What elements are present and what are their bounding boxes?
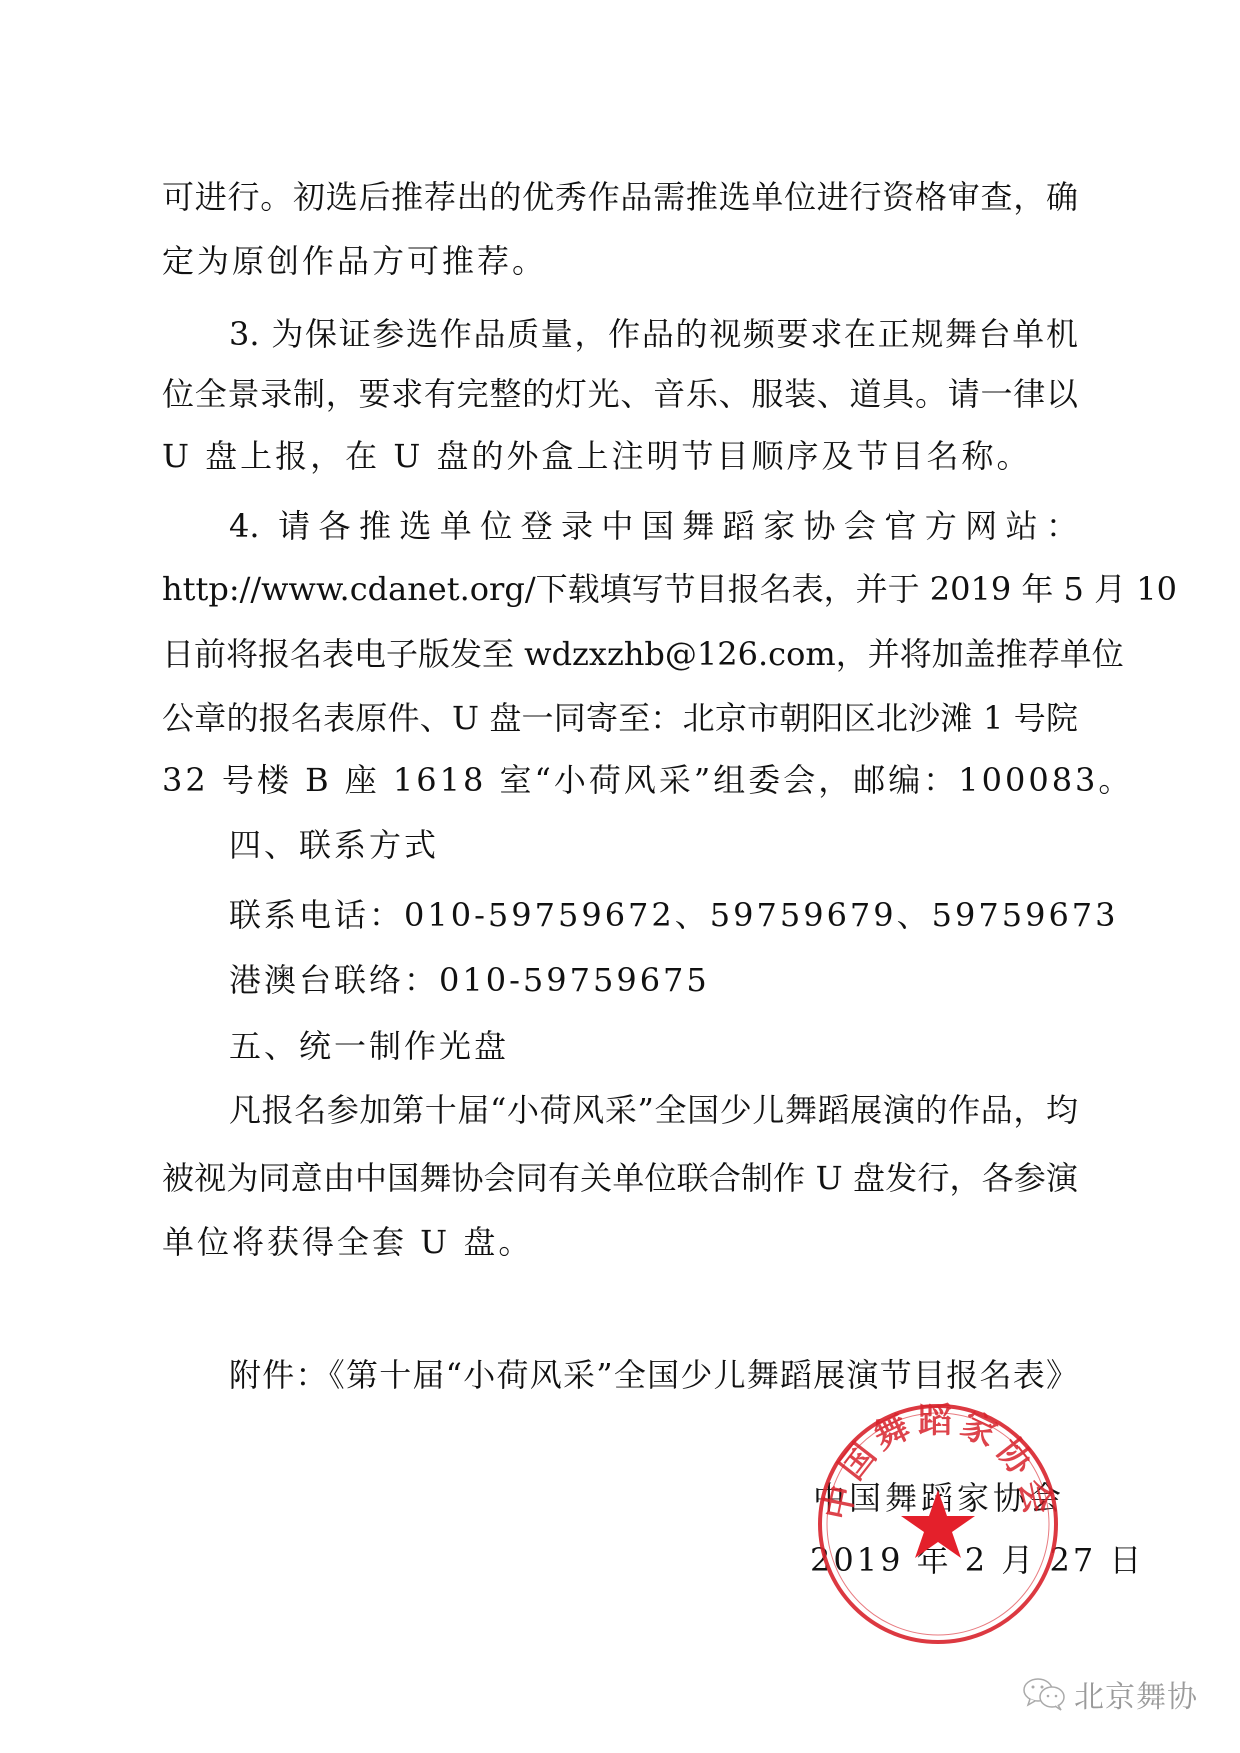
text-line: 联系电话：010-59759672、59759679、59759673: [229, 895, 1119, 935]
text-line: http://www.cdanet.org/下载填写节目报名表，并于 2019 …: [162, 569, 1078, 609]
text-line: 日前将报名表电子版发至 wdzxzhb@126.com，并将加盖推荐单位: [162, 634, 1078, 674]
text-line: 32 号楼 B 座 1618 室“小荷风采”组委会，邮编：100083。: [162, 760, 1133, 800]
official-seal: 中国舞蹈家协会: [816, 1402, 1060, 1646]
text-line: 港澳台联络：010-59759675: [229, 960, 710, 1000]
text-line: 凡报名参加第十届“小荷风采”全国少儿舞蹈展演的作品，均: [229, 1090, 1078, 1130]
text-line: 定为原创作品方可推荐。: [162, 241, 547, 281]
text-line: 四、联系方式: [229, 825, 439, 865]
watermark: 北京舞协: [1022, 1674, 1198, 1714]
watermark-text: 北京舞协: [1074, 1672, 1198, 1716]
wechat-icon: [1022, 1676, 1068, 1712]
text-line: 附件：《第十届“小荷风采”全国少儿舞蹈展演节目报名表》: [229, 1355, 1078, 1395]
text-line: 位全景录制，要求有完整的灯光、音乐、服装、道具。请一律以: [162, 374, 1078, 414]
text-line: 被视为同意由中国舞协会同有关单位联合制作 U 盘发行，各参演: [162, 1158, 1078, 1198]
text-line: 3. 为保证参选作品质量，作品的视频要求在正规舞台单机: [229, 314, 1078, 354]
text-line: 单位将获得全套 U 盘。: [162, 1222, 533, 1262]
text-line: 公章的报名表原件、U 盘一同寄至：北京市朝阳区北沙滩 1 号院: [162, 698, 1078, 738]
text-line: 4. 请各推选单位登录中国舞蹈家协会官方网站：: [229, 506, 1078, 546]
star-icon: [901, 1490, 975, 1558]
text-line: 五、统一制作光盘: [229, 1026, 509, 1066]
text-line: U 盘上报，在 U 盘的外盒上注明节目顺序及节目名称。: [162, 436, 1031, 476]
text-line: 可进行。初选后推荐出的优秀作品需推选单位进行资格审查，确: [162, 177, 1078, 217]
